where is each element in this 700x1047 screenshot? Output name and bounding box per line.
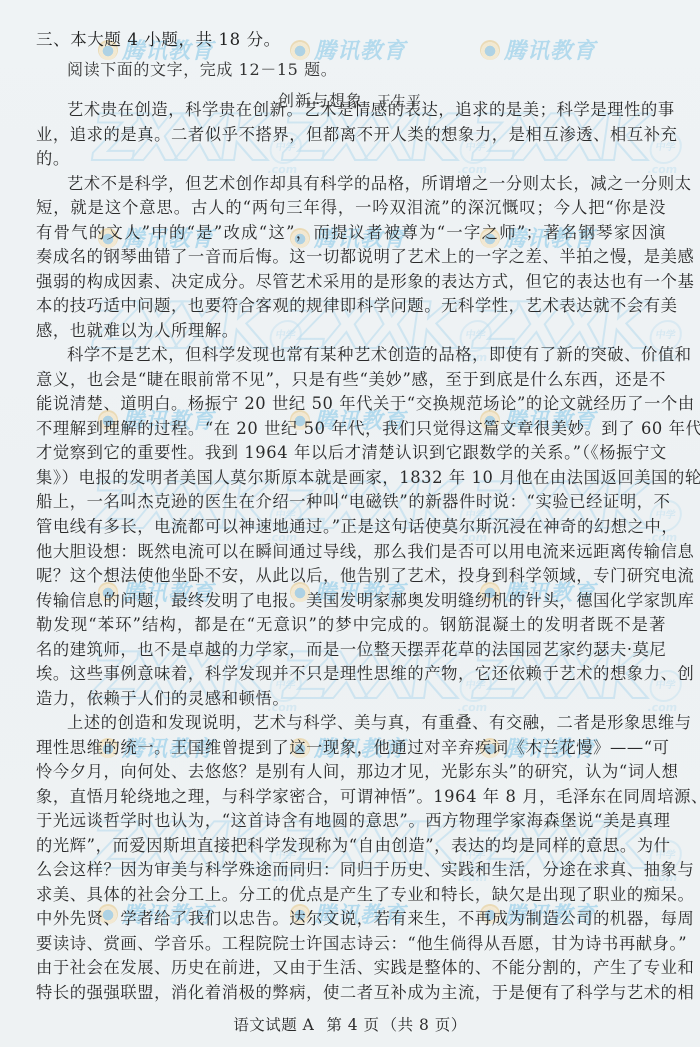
article-line: 感，也就难以为人所理解。 [36,321,666,341]
article-line: 本的技巧适中问题，也要符合客观的规律即科学问题。无科学性，艺术表达就不会有美 [36,296,666,316]
instruction-text: 阅读下面的文字，完成 12－15 题。 [67,60,697,80]
exam-page: 腾讯教育 腾讯教育 腾讯教育 腾讯教育 腾讯教育 腾讯教育 腾讯教育 腾讯教育 … [0,0,700,1047]
article-line: 名的建筑师，也不是卓越的力学家，而是一位整天摆弄花草的法国园艺家约瑟夫·莫尼 [36,640,666,660]
article-line: 的光辉”，而爱因斯坦直接把科学发现称为“自由创造”，表达的均是同样的意思。为什 [36,836,666,856]
section-heading: 三、本大题 4 小题，共 18 分。 [36,30,666,50]
article-line: 的。 [36,149,666,169]
article-line: 不理解到理解的过程。“在 20 世纪 50 年代，我们只觉得这篇文章很美妙。到了… [36,419,666,439]
article-line: 业，追求的是真。二者似乎不搭界，但都离不开人类的想象力，是相互渗透、相互补充 [36,125,666,145]
article-line: 由于社会在发展、历史在前进，又由于生活、实践是整体的、不能分割的，产生了专业和 [36,958,666,978]
footer-page-number: 第 4 页 [326,1016,379,1034]
article-line: 理性思维的统一。王国维曾提到了这一现象，他通过对辛弃疾词《木兰花慢》——“可 [36,738,666,758]
article-line: 上述的创造和发现说明，艺术与科学、美与真，有重叠、有交融，二者是形象思维与 [67,713,667,733]
article-line: 象，直悟月轮绕地之理，与科学家密合，可谓神悟”。1964 年 8 月，毛泽东在同… [36,787,666,807]
footer-total-pages: （共 8 页） [382,1016,467,1034]
article-line: 短，就是这个意思。古人的“两句三年得，一吟双泪流”的深沉慨叹；今人把“你是没 [36,198,666,218]
article-line: 船上，一名叫杰克逊的医生在介绍一种叫“电磁铁”的新器件时说：“实验已经证明，不 [36,492,666,512]
article-line: 能说清楚、道明白。杨振宁 20 世纪 50 年代关于“交换规范场论”的论文就经历… [36,394,666,414]
article-line: 埃。这些事例意味着，科学发现并不只是理性思维的产物，它还依赖于艺术的想象力、创 [36,664,666,684]
article-line: 管电线有多长，电流都可以神速地通过。”正是这句话使莫尔斯沉浸在神奇的幻想之中， [36,517,666,537]
article-line: 么会这样？因为审美与科学殊途而同归：同归于历史、实践和生活，分途在求真、抽象与 [36,860,666,880]
article-line: 意义，也会是“睫在眼前常不见”，只是有些“美妙”感，至于到底是什么东西，还是不 [36,370,666,390]
article-line: 强弱的构成因素、决定成分。尽管艺术采用的是形象的表达方式，但它的表达也有一个基 [36,272,666,292]
article-line: 他大胆设想：既然电流可以在瞬间通过导线，那么我们是否可以用电流来远距离传输信息 [36,542,666,562]
page-footer: 语文试题 A第 4 页（共 8 页） [0,1013,700,1035]
article-line: 怜今夕月，向何处、去悠悠？是别有人间，那边才见，光影东头”的研究，认为“词人想 [36,762,666,782]
article-line: 勒发现“苯环”结构，都是在“无意识”的梦中完成的。钢筋混凝土的发明者既不是著 [36,615,666,635]
article-line: 集》）电报的发明者美国人莫尔斯原本就是画家，1832 年 10 月他在由法国返回… [36,468,666,488]
article-line: 呢？这个想法使他坐卧不安，从此以后，他告别了艺术，投身到科学领域，专门研究电流 [36,566,666,586]
article-line: 奏成名的钢琴曲错了一音而后悔。这一切都说明了艺术上的一字之差、半拍之慢，是美感 [36,247,666,267]
article-line: 才觉察到它的重要性。我到 1964 年以后才清楚认识到它跟数学的关系。”（《杨振… [36,443,666,463]
article-line: 造力，依赖于人们的灵感和顿悟。 [36,689,666,709]
article-line: 于光远谈哲学时也认为，“这首诗含有地圆的意思”。西方物理学家海森堡说“美是真理 [36,811,666,831]
article-line: 艺术不是科学，但艺术创作却具有科学的品格，所谓增之一分则太长，减之一分则太 [67,174,667,194]
article-line: 要读诗、赏画、学音乐。工程院院士许国志诗云：“他生倘得从吾愿，甘为诗书再献身。” [36,934,666,954]
article-line: 艺术贵在创造，科学贵在创新。艺术是情感的表达，追求的是美；科学是理性的事 [67,100,667,120]
article-line: 特长的强强联盟，消化着消极的弊病，使二者互补成为主流，于是便有了科学与艺术的相 [36,983,666,1003]
article-line: 传输信息的问题，最终发明了电报。美国发明家郝奥发明缝纫机的针头，德国化学家凯库 [36,591,666,611]
article-line: 有骨气的文人”中的“是”改成“这”，而提议者被尊为“一字之师”；著名钢琴家因演 [36,223,666,243]
footer-subject: 语文试题 A [233,1016,314,1034]
article-line: 中外先贤、学者给了我们以忠告。达尔文说，若有来生，不再成为制造公司的机器，每周 [36,909,666,929]
article-line: 科学不是艺术，但科学发现也常有某种艺术创造的品格，即使有了新的突破、价值和 [67,345,667,365]
article-line: 求美、具体的社会分工上。分工的优点是产生了专业和特长，缺欠是出现了职业的痴呆。 [36,885,666,905]
